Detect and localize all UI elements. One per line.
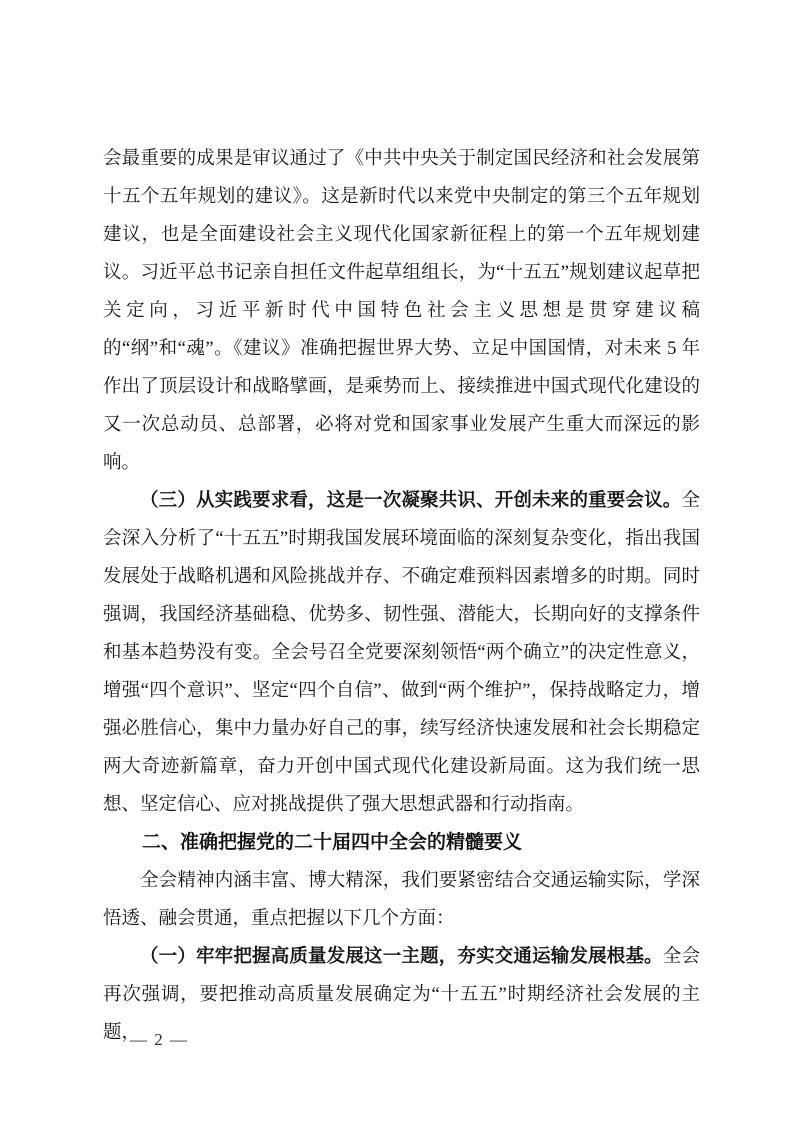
paragraph-item-three: （三）从实践要求看，这是一次凝聚共识、开创未来的重要会议。全会深入分析了“十五五… [103, 482, 700, 824]
paragraph-item-one: （一）牢牢把握高质量发展这一主题，夯实交通运输发展根基。全会再次强调，要把推动高… [103, 938, 700, 1052]
paragraph-text: 全会精神内涵丰富、博大精深，我们要紧密结合交通运输实际，学深悟透、融会贯通，重点… [103, 871, 700, 929]
paragraph-text: 全会深入分析了“十五五”时期我国发展环境面临的深刻复杂变化，指出我国发展处于战略… [103, 491, 700, 815]
paragraph-continuation: 会最重要的成果是审议通过了《中共中央关于制定国民经济和社会发展第十五个五年规划的… [103, 140, 700, 482]
document-page: 会最重要的成果是审议通过了《中共中央关于制定国民经济和社会发展第十五个五年规划的… [0, 0, 793, 1122]
paragraph-lead: （一）牢牢把握高质量发展这一主题，夯实交通运输发展根基。 [140, 947, 663, 967]
paragraph-lead: （三）从实践要求看，这是一次凝聚共识、开创未来的重要会议。 [140, 491, 681, 511]
section-heading: 二、准确把握党的二十届四中全会的精髓要义 [103, 824, 700, 862]
page-number: — 2 — [130, 1030, 189, 1050]
paragraph-text: 会最重要的成果是审议通过了《中共中央关于制定国民经济和社会发展第十五个五年规划的… [103, 149, 700, 473]
document-body: 会最重要的成果是审议通过了《中共中央关于制定国民经济和社会发展第十五个五年规划的… [103, 140, 700, 1052]
paragraph-overview: 全会精神内涵丰富、博大精深，我们要紧密结合交通运输实际，学深悟透、融会贯通，重点… [103, 862, 700, 938]
